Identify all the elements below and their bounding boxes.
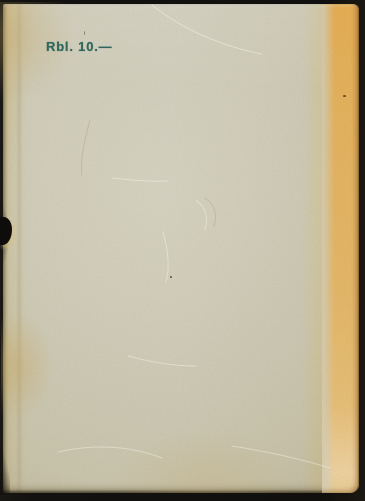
scanned-photo: Rbl. 10.— [0, 0, 365, 501]
price-label: Rbl. 10.— [46, 39, 112, 54]
price-label-text: Rbl. 10.— [46, 39, 112, 54]
paper-grain-and-creases [0, 0, 365, 501]
